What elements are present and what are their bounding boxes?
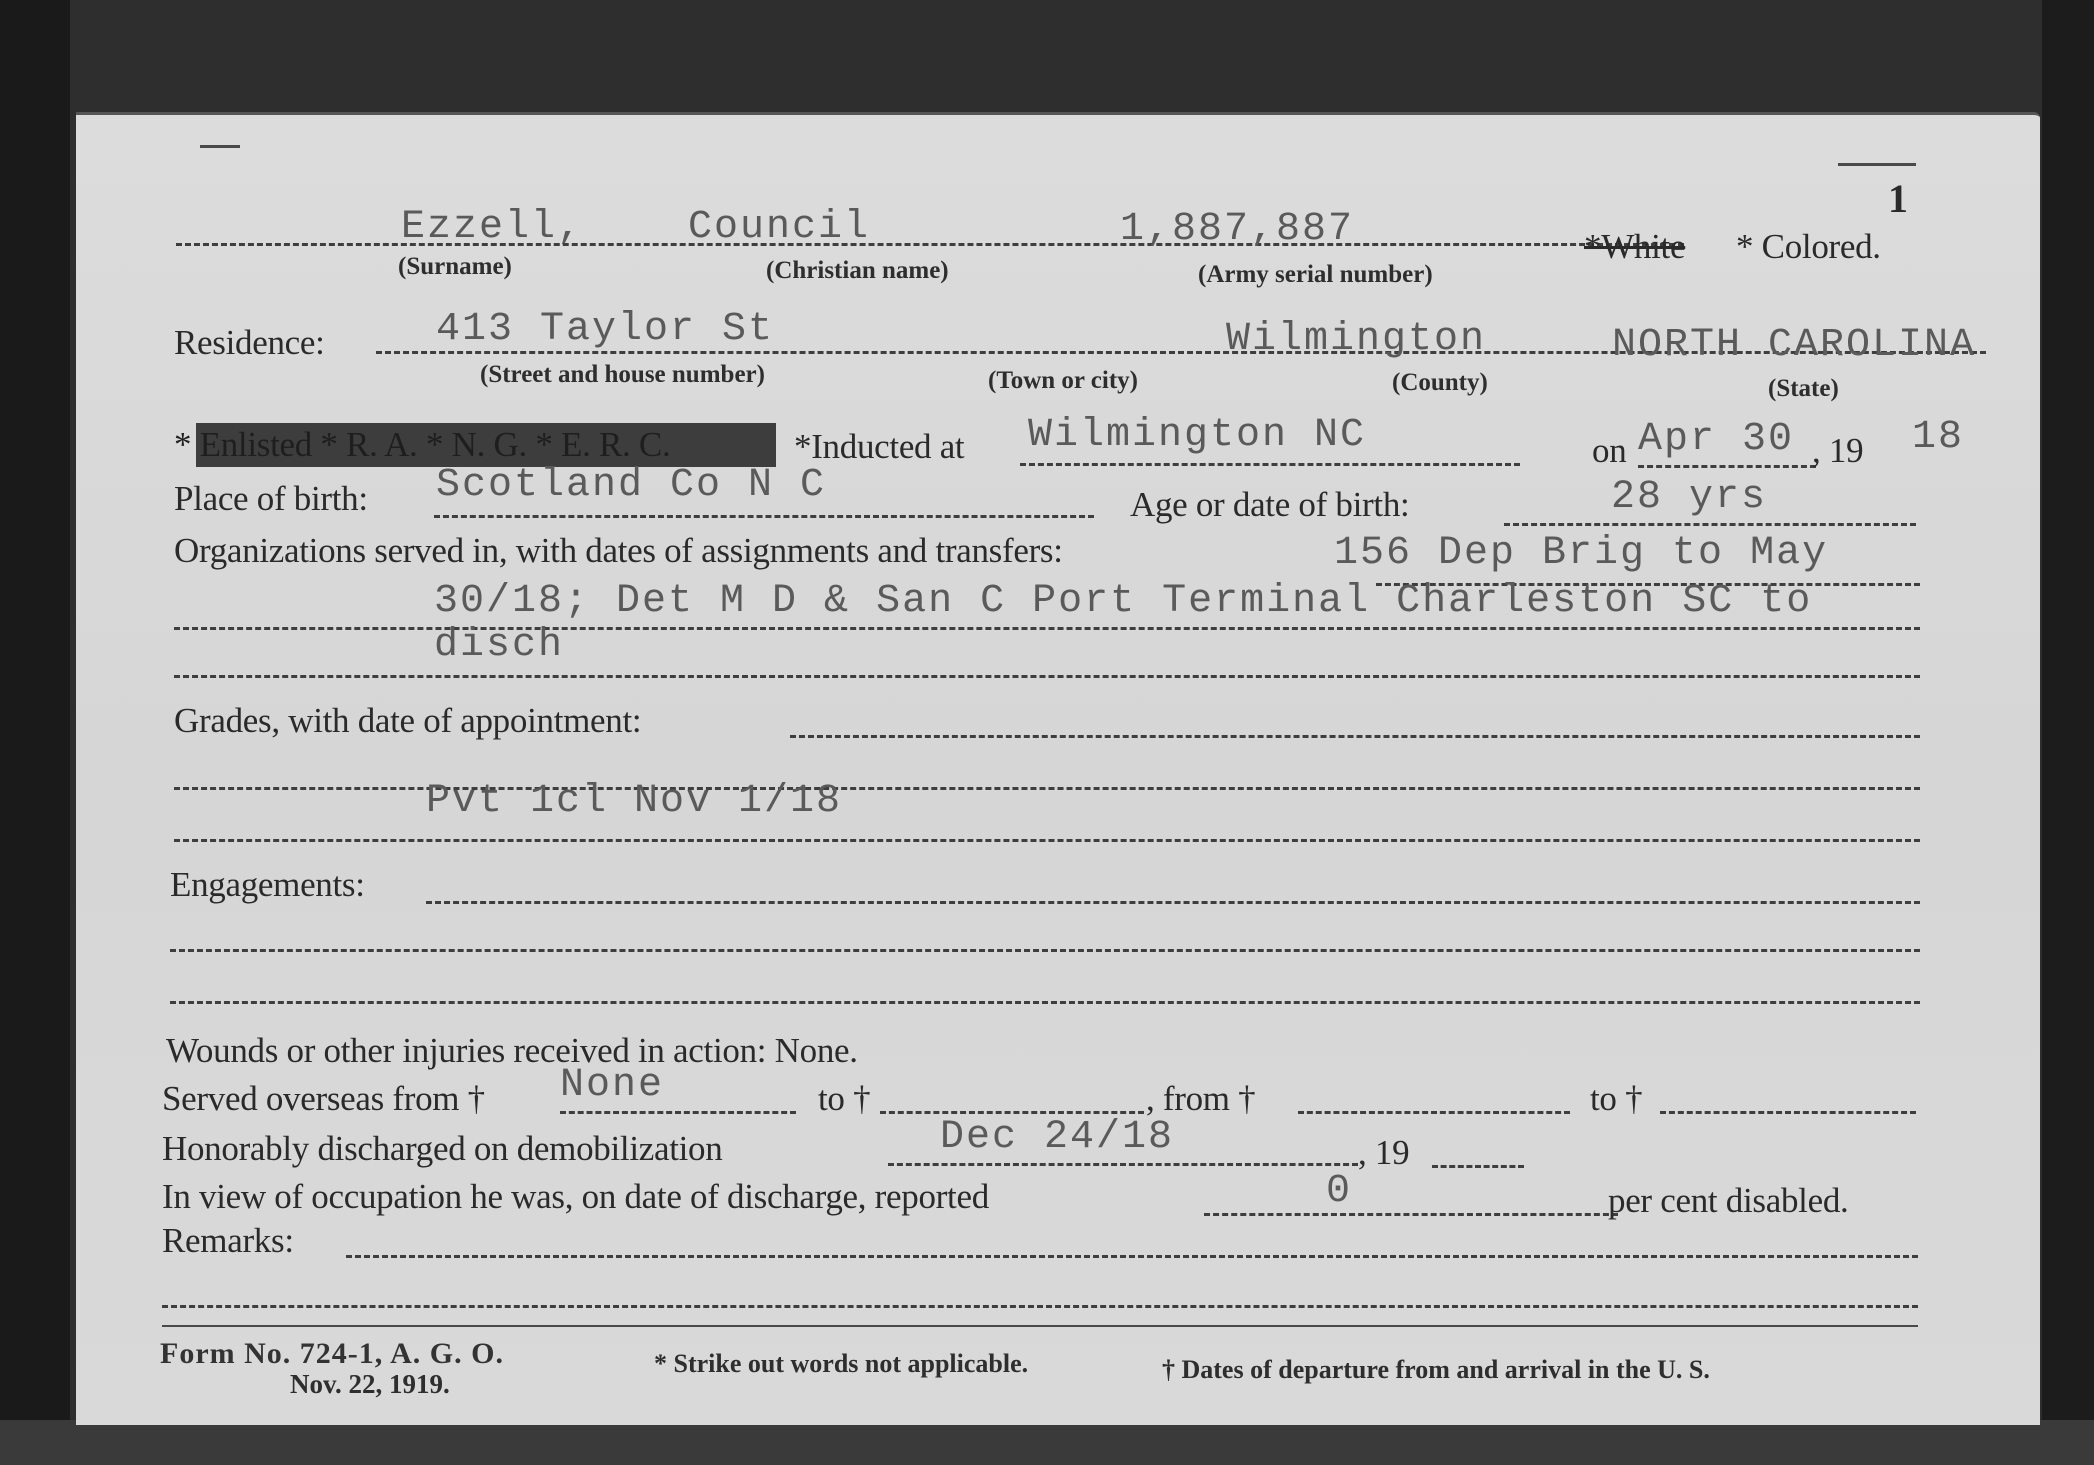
served-overseas-label: Served overseas from † xyxy=(162,1079,485,1119)
place-of-birth-label: Place of birth: xyxy=(174,479,368,519)
disability-value: 0 xyxy=(1326,1169,1352,1214)
discharge-label: Honorably discharged on demobilization xyxy=(162,1129,722,1169)
served-overseas-to-label: to † xyxy=(818,1079,870,1119)
place-of-birth-line xyxy=(434,515,1094,518)
inducted-at-line xyxy=(1020,463,1520,466)
engagements-line3 xyxy=(170,1001,1920,1004)
wounds-label: Wounds or other injuries received in act… xyxy=(166,1031,858,1071)
grades-value: Pvt 1cl Nov 1/18 xyxy=(426,779,842,824)
induction-year-value: 18 xyxy=(1912,415,1964,460)
corner-mark-right xyxy=(1838,163,1916,166)
scan-border-bottom xyxy=(0,1420,2094,1465)
army-serial-number-value: 1,887,887 xyxy=(1120,207,1354,252)
inducted-at-value: Wilmington NC xyxy=(1028,413,1366,458)
organizations-line3-rule xyxy=(174,675,1920,678)
page-number: 1 xyxy=(1888,175,1908,222)
age-line xyxy=(1504,523,1916,526)
state-caption: (State) xyxy=(1768,375,1839,403)
discharge-year-label: , 19 xyxy=(1358,1133,1409,1173)
race-colored: * Colored. xyxy=(1736,227,1881,267)
disability-suffix: per cent disabled. xyxy=(1608,1181,1848,1221)
induction-date-value: Apr 30 xyxy=(1638,417,1794,462)
induction-year-prefix: , 19 xyxy=(1812,431,1863,471)
county-value: Wilmington xyxy=(1226,317,1486,362)
residence-label: Residence: xyxy=(174,323,325,363)
served-overseas-from2-label: , from † xyxy=(1146,1079,1255,1119)
induction-date-line xyxy=(1638,465,1816,468)
served-overseas-to2-label: to † xyxy=(1590,1079,1642,1119)
race-white-struck: *White xyxy=(1584,227,1685,267)
form-number: Form No. 724-1, A. G. O. xyxy=(160,1337,504,1371)
town-caption: (Town or city) xyxy=(988,367,1138,395)
discharge-line xyxy=(888,1163,1358,1166)
disability-label: In view of occupation he was, on date of… xyxy=(162,1177,989,1217)
discharge-year-line xyxy=(1432,1165,1524,1168)
induction-on-label: on xyxy=(1592,431,1626,471)
organizations-line3: disch xyxy=(434,623,564,668)
remarks-line2 xyxy=(162,1305,1918,1308)
served-overseas-from-value: None xyxy=(560,1063,664,1108)
strike-out-note: * Strike out words not applicable. xyxy=(654,1349,1028,1379)
disability-line xyxy=(1204,1213,1618,1216)
scan-border-left xyxy=(0,0,70,1465)
remarks-line1 xyxy=(346,1255,1918,1258)
service-record-card: 1 Ezzell, Council (Surname) (Christian n… xyxy=(76,112,2040,1425)
organizations-line1: 156 Dep Brig to May xyxy=(1334,531,1828,576)
engagements-line2 xyxy=(170,949,1920,952)
dates-note: † Dates of departure from and arrival in… xyxy=(1162,1355,1710,1385)
discharge-value: Dec 24/18 xyxy=(940,1115,1174,1160)
served-overseas-from-line xyxy=(560,1111,796,1114)
county-caption: (County) xyxy=(1392,369,1488,397)
inducted-at-label: *Inducted at xyxy=(794,427,964,467)
served-overseas-to2-line xyxy=(1660,1111,1916,1114)
enlistment-options: * Enlisted * R. A. * N. G. * E. R. C. xyxy=(174,425,670,465)
place-of-birth-value: Scotland Co N C xyxy=(436,463,826,508)
served-overseas-from2-line xyxy=(1298,1111,1570,1114)
engagements-line1 xyxy=(426,901,1920,904)
age-value: 28 yrs xyxy=(1611,475,1767,520)
grades-line1 xyxy=(790,735,1920,738)
form-date: Nov. 22, 1919. xyxy=(290,1369,450,1400)
grades-label: Grades, with date of appointment: xyxy=(174,701,641,741)
served-overseas-to-line xyxy=(880,1111,1144,1114)
scan-border-right xyxy=(2042,0,2094,1465)
age-label: Age or date of birth: xyxy=(1130,485,1409,525)
army-serial-number-caption: (Army serial number) xyxy=(1198,261,1433,289)
organizations-line2: 30/18; Det M D & San C Port Terminal Cha… xyxy=(434,579,1812,624)
street-value: 413 Taylor St xyxy=(436,307,774,352)
street-caption: (Street and house number) xyxy=(480,361,765,389)
remarks-label: Remarks: xyxy=(162,1221,294,1261)
engagements-label: Engagements: xyxy=(170,865,365,905)
christian-name-caption: (Christian name) xyxy=(766,257,949,285)
corner-mark-left xyxy=(200,145,240,148)
surname-caption: (Surname) xyxy=(398,253,512,281)
footer-rule xyxy=(162,1325,1918,1327)
name-line xyxy=(176,243,1684,246)
grades-line3 xyxy=(174,839,1920,842)
state-value: NORTH CAROLINA xyxy=(1612,323,1976,368)
organizations-label: Organizations served in, with dates of a… xyxy=(174,531,1063,571)
